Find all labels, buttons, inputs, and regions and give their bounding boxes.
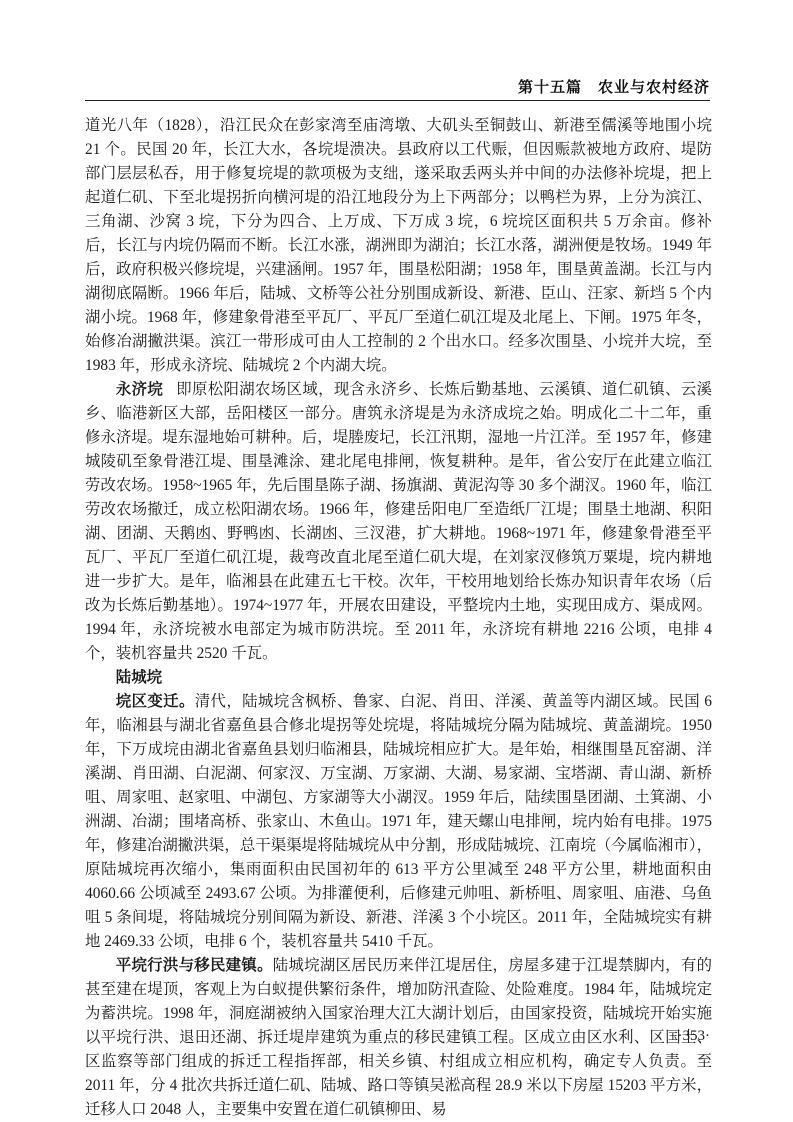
- heading-lucheng-yuan: 陆城垸: [85, 666, 712, 690]
- page-footer: ·353·: [85, 1028, 710, 1045]
- header-rule: [85, 100, 710, 101]
- paragraph-yongji-yuan: 永济垸即原松阳湖农场区域，现含永济乡、长炼后勤基地、云溪镇、道仁矶镇、云溪乡、临…: [85, 378, 712, 666]
- run-in-heading-yuanqu-bianqian: 垸区变迁。: [116, 693, 195, 710]
- page-number: ·353·: [678, 1028, 711, 1044]
- body-text: 道光八年（1828），沿江民众在彭家湾至庙湾墩、大矶头至铜鼓山、新港至儒溪等地围…: [85, 114, 712, 1122]
- running-head: 第十五篇 农业与农村经济: [85, 76, 710, 97]
- run-in-heading-yongji-yuan: 永济垸: [116, 381, 163, 398]
- paragraph-text: 即原松阳湖农场区域，现含永济乡、长炼后勤基地、云溪镇、道仁矶镇、云溪乡、临港新区…: [85, 381, 712, 662]
- heading-text: 陆城垸: [116, 669, 162, 686]
- section-title: 第十五篇 农业与农村经济: [518, 79, 710, 96]
- paragraph-text: 清代，陆城垸含枫桥、鲁家、白泥、肖田、洋溪、黄盖等内湖区域。民国 6 年，临湘县…: [85, 693, 712, 950]
- paragraph-yuanqu-bianqian: 垸区变迁。清代，陆城垸含枫桥、鲁家、白泥、肖田、洋溪、黄盖等内湖区域。民国 6 …: [85, 690, 712, 954]
- run-in-heading-pingyuan-xinghong: 平垸行洪与移民建镇。: [116, 957, 273, 974]
- book-page: 第十五篇 农业与农村经济 道光八年（1828），沿江民众在彭家湾至庙湾墩、大矶头…: [0, 0, 793, 1122]
- paragraph-dike-history: 道光八年（1828），沿江民众在彭家湾至庙湾墩、大矶头至铜鼓山、新港至儒溪等地围…: [85, 114, 712, 378]
- paragraph-text: 道光八年（1828），沿江民众在彭家湾至庙湾墩、大矶头至铜鼓山、新港至儒溪等地围…: [85, 117, 712, 374]
